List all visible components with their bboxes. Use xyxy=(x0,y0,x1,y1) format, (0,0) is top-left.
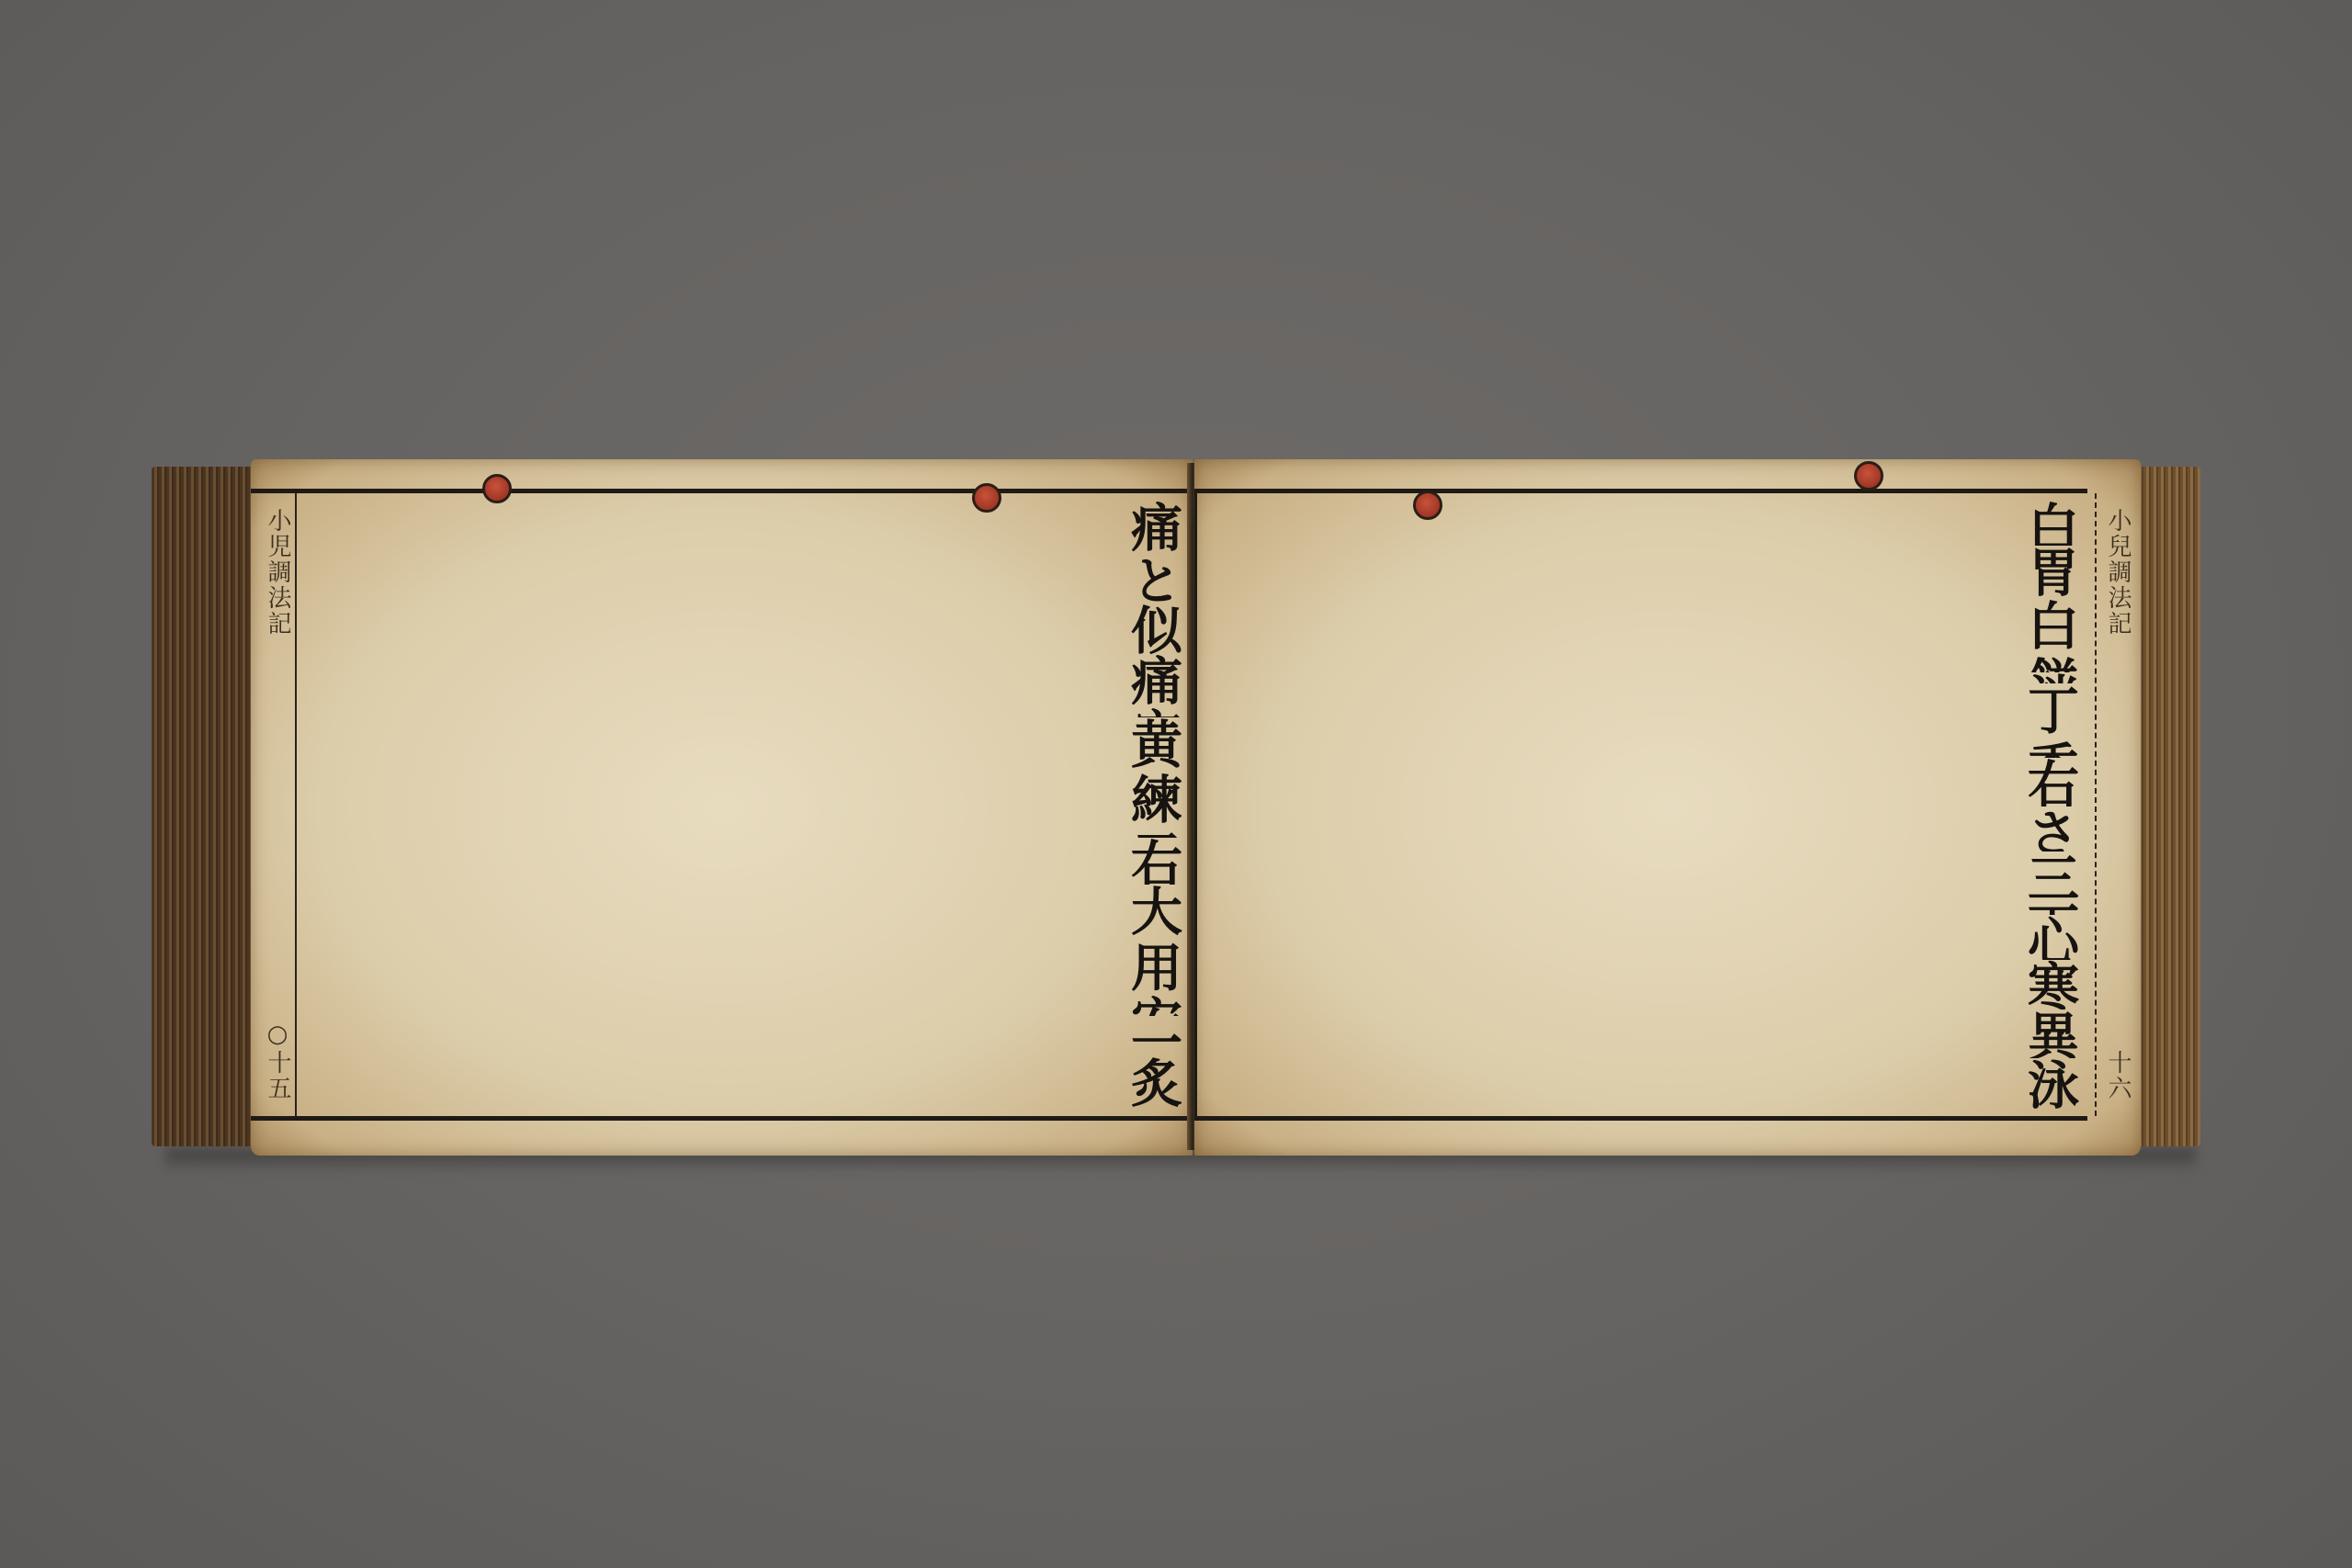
text-column: 異なり虫痛ハ面皖白口中に沫清 xyxy=(1210,1010,2080,1058)
red-dot-marker xyxy=(1854,461,1883,491)
text-column: 似ざるも目斜まず手搐ける㕝虫 xyxy=(308,604,1183,653)
left-page-margin-title: 小児調法記 ○十五 xyxy=(256,493,297,1116)
text-column: 泳出て痛に先ちおもしき時として xyxy=(1210,1058,2080,1111)
section-heading: 消積丸 xyxy=(1210,672,2080,682)
right-text-frame: 小兒調法記 十六 白餅子を以ておきを下し其後 胃気和ぐるにハ白朮散を用ゆべし 白… xyxy=(1194,489,2087,1121)
right-running-title: 小兒調法記 xyxy=(2097,508,2135,637)
text-column: 練子 核を去 鶴虱各二兩 枯礬二分半 xyxy=(308,773,1183,839)
text-column: 一方 小兒乃腹痛を治す xyxy=(308,1016,1183,1055)
text-column: 三歳より内にハ一二丸温水にて xyxy=(1210,852,2080,900)
text-column: 白餅子乃方ハ八十八丁 白朮散の方ハ四十七丁 xyxy=(1210,599,2080,673)
text-column: 下すべし xyxy=(1210,901,2080,915)
right-fore-edge xyxy=(2136,467,2200,1146)
text-column: 黄粉 黄色に炒胡粉ある 檳榔子 xyxy=(308,717,1183,772)
left-page: 小児調法記 ○十五 痛む是小兒本怯きゆゑ胃寒冷ある ときハ虫動て痛るを但し癇と相… xyxy=(251,459,1193,1156)
red-dot-marker xyxy=(972,483,1001,513)
text-column: 炙甘草 乾姜各二分 伏龍肝一兩 xyxy=(308,1056,1183,1111)
text-column: 心腹乃痛むに總じて積痛食痛 xyxy=(1210,915,2080,960)
red-dot-marker xyxy=(482,474,512,503)
section-heading: 安虫散 xyxy=(308,707,1183,718)
text-column: ときハ虫動て痛るを但し癇と相 xyxy=(308,554,1183,604)
text-column: 安虫丸と名く xyxy=(308,995,1183,1016)
left-running-title: 小児調法記 xyxy=(256,508,295,637)
text-column: 痛とすおきにハ安虫散を用ゆべし xyxy=(308,654,1183,707)
text-column: 胃気和ぐるにハ白朮散を用ゆべし xyxy=(1210,546,2080,598)
red-dot-marker xyxy=(1413,491,1442,520)
open-book: 小児調法記 ○十五 痛む是小兒本怯きゆゑ胃寒冷ある ときハ虫動て痛るを但し癇と相… xyxy=(152,459,2200,1156)
text-column: 右末として痛む時一度一字或 xyxy=(308,838,1183,884)
text-column: 痛む是小兒本怯きゆゑ胃寒冷ある xyxy=(308,501,1183,554)
right-page-margin-title: 小兒調法記 十六 xyxy=(2095,493,2135,1116)
left-fore-edge xyxy=(152,467,254,1146)
text-column: 用ゆべし 蕪鑑にハ米糊にて丸じ xyxy=(308,941,1183,995)
right-text-columns: 白餅子を以ておきを下し其後 胃気和ぐるにハ白朮散を用ゆべし 白餅子乃方ハ八十八丁… xyxy=(1210,501,2080,1111)
left-page-number: ○十五 xyxy=(256,1021,295,1101)
text-column: さに丸じ三歳已上にハ三五丸 xyxy=(1210,807,2080,852)
left-text-frame: 小児調法記 ○十五 痛む是小兒本怯きゆゑ胃寒冷ある ときハ虫動て痛るを但し癇と相… xyxy=(251,489,1193,1121)
text-column: 右細末として麺糊にて黍乃大き xyxy=(1210,758,2080,807)
left-text-columns: 痛む是小兒本怯きゆゑ胃寒冷ある ときハ虫動て痛るを但し癇と相 似ざるも目斜まず手… xyxy=(308,501,1183,1111)
right-page: 小兒調法記 十六 白餅子を以ておきを下し其後 胃気和ぐるにハ白朮散を用ゆべし 白… xyxy=(1194,459,2141,1156)
right-page-number: 十六 xyxy=(2097,1050,2135,1101)
text-column: 白餅子を以ておきを下し其後 xyxy=(1210,501,2080,546)
text-column: 丁香九粒 砂仁十二箇 巴豆三箇皮心膜油を去 xyxy=(1210,683,2080,758)
text-column: 大なる者にハ五分或ハ一分温水にて xyxy=(308,885,1183,942)
text-column: 寒痛虫痛あるを大に同して少し xyxy=(1210,960,2080,1009)
